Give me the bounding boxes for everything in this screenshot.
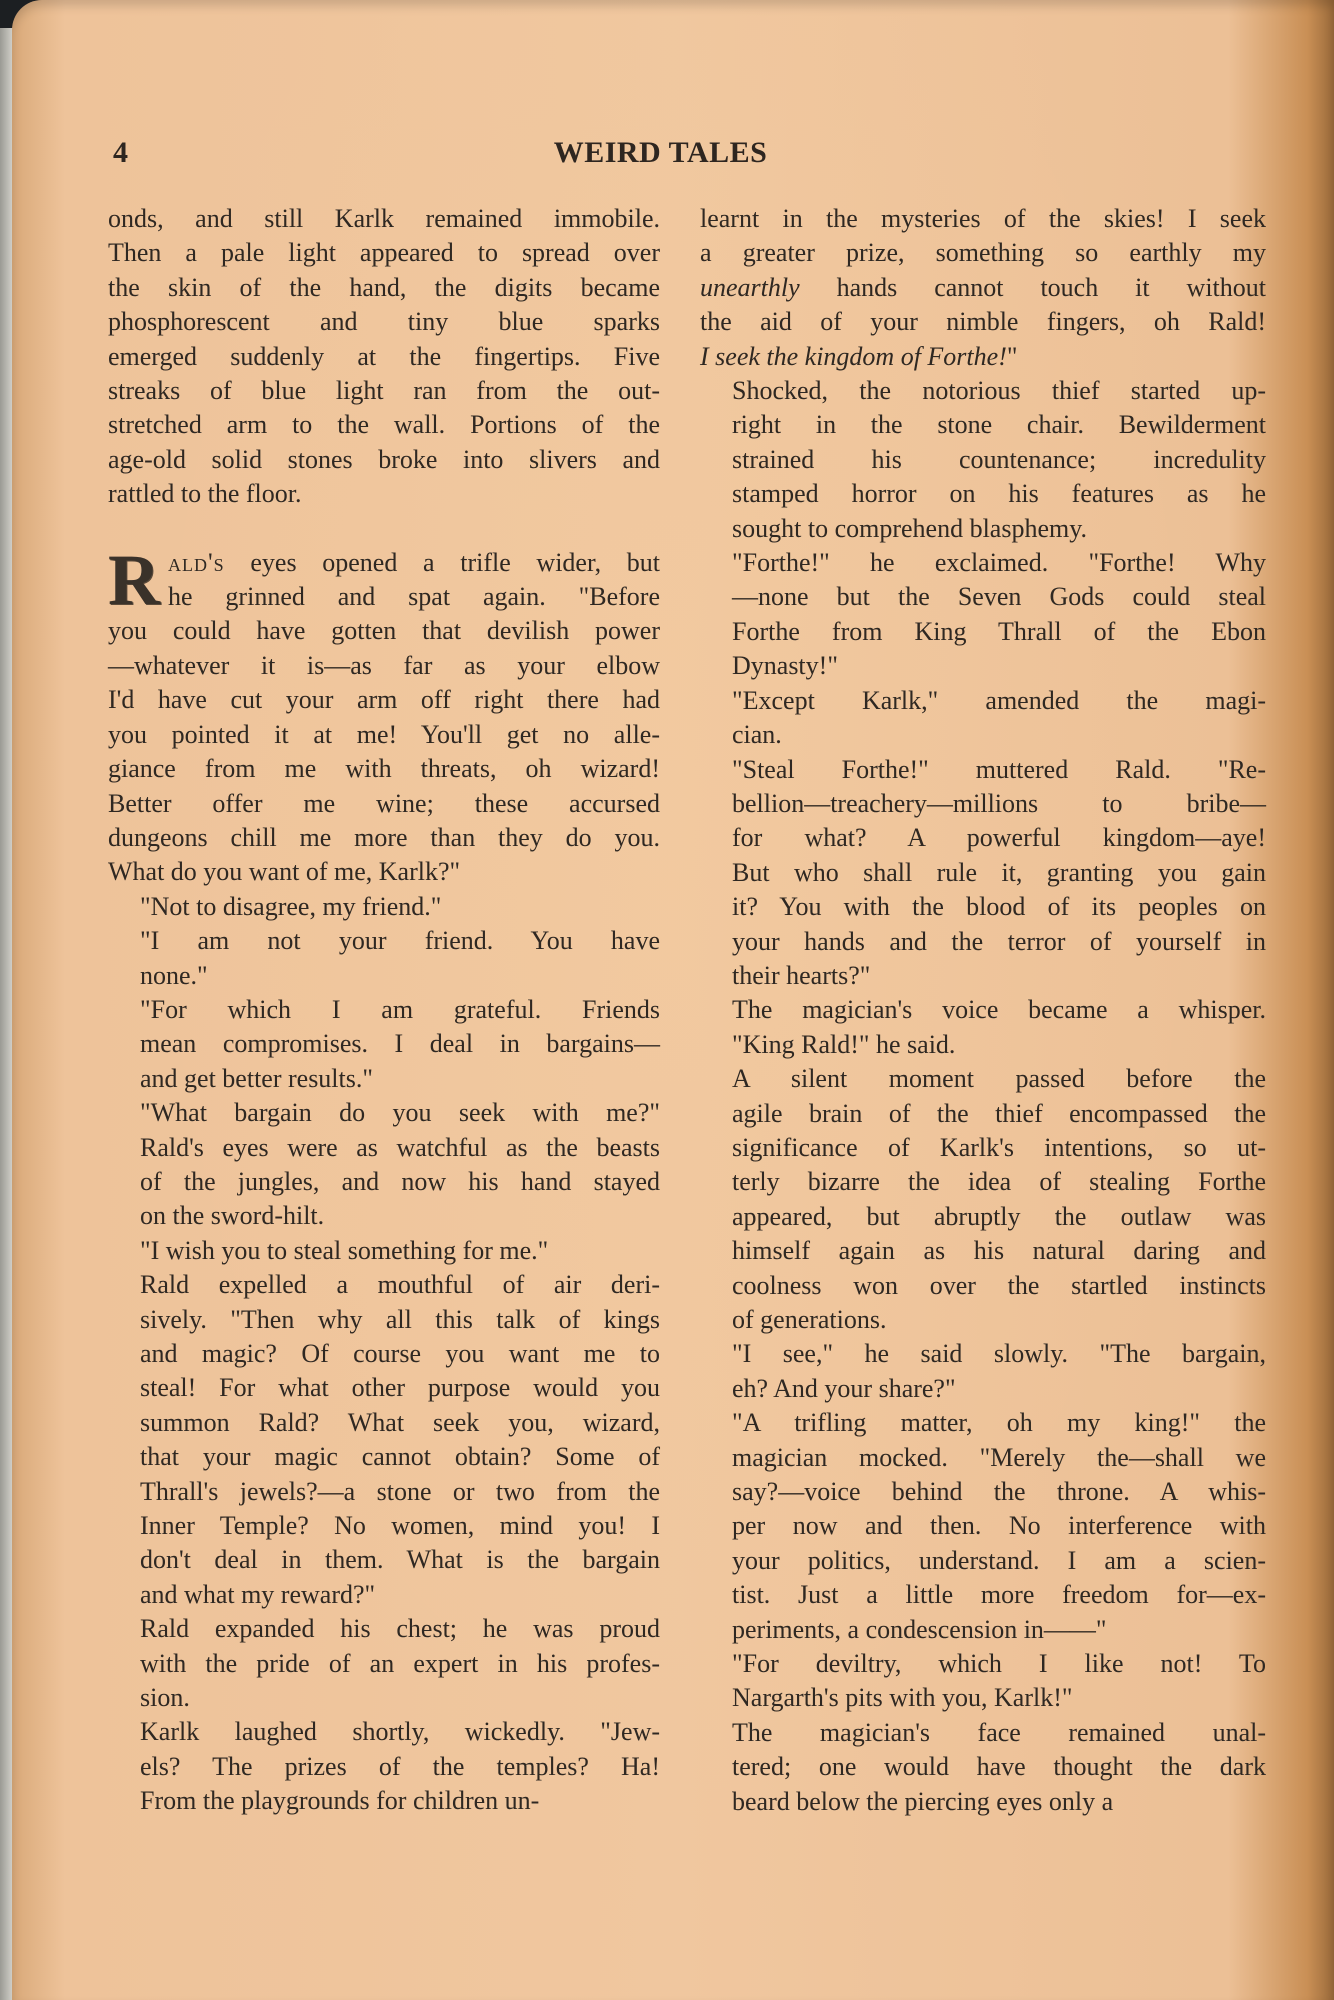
text-line: Better offer me wine; these accursed	[108, 787, 660, 821]
paragraph: "Forthe!" he exclaimed. "Forthe! Why—non…	[700, 546, 1266, 684]
text-line: Rald expanded his chest; he was proud	[108, 1612, 660, 1646]
paragraph: "Not to disagree, my friend."	[108, 890, 660, 924]
text-line: Forthe from King Thrall of the Ebon	[700, 615, 1266, 649]
text-line: learnt in the mysteries of the skies! I …	[700, 202, 1266, 236]
text-line: mean compromises. I deal in bargains—	[108, 1027, 660, 1061]
paragraph: The magician's face remained unal-tered;…	[700, 1716, 1266, 1819]
text-line: he grinned and spat again. "Before	[108, 580, 660, 614]
text-line: Inner Temple? No women, mind you! I	[108, 1509, 660, 1543]
text-line: periments, a condescension in——"	[700, 1613, 1266, 1647]
text-line: none."	[108, 959, 660, 993]
text-line: Rald expelled a mouthful of air deri-	[108, 1268, 660, 1302]
drop-cap: R	[108, 550, 160, 612]
magazine-title: WEIRD TALES	[107, 136, 1254, 170]
text-line: you could have gotten that devilish powe…	[108, 614, 660, 648]
paragraph: Karlk laughed shortly, wickedly. "Jew-el…	[108, 1715, 660, 1818]
text-line: ald's eyes opened a trifle wider, but	[108, 546, 660, 580]
text-line: Dynasty!"	[700, 649, 1266, 683]
text-line: "I am not your friend. You have	[108, 924, 660, 958]
text-line: and magic? Of course you want me to	[108, 1337, 660, 1371]
text-line: But who shall rule it, granting you gain	[700, 856, 1266, 890]
text-line: on the sword-hilt.	[108, 1199, 660, 1233]
text-line: the aid of your nimble fingers, oh Rald!	[700, 305, 1266, 339]
text-line: "Except Karlk," amended the magi-	[700, 684, 1266, 718]
text-line: giance from me with threats, oh wizard!	[108, 752, 660, 786]
text-line: The magician's face remained unal-	[700, 1716, 1266, 1750]
paragraph: "For deviltry, which I like not! ToNarga…	[700, 1647, 1266, 1716]
text-line: stamped horror on his features as he	[700, 477, 1266, 511]
paragraph: A silent moment passed before theagile b…	[700, 1062, 1266, 1337]
text-line: —none but the Seven Gods could steal	[700, 580, 1266, 614]
paragraph: "I am not your friend. You havenone."	[108, 924, 660, 993]
text-line: it? You with the blood of its peoples on	[700, 890, 1266, 924]
left-text-column: onds, and still Karlk remained immobile.…	[108, 202, 660, 1819]
text-line: "Not to disagree, my friend."	[108, 890, 660, 924]
text-line: and what my reward?"	[108, 1578, 660, 1612]
text-line: streaks of blue light ran from the out-	[108, 374, 660, 408]
text-line: stretched arm to the wall. Portions of t…	[108, 408, 660, 442]
text-line: for what? A powerful kingdom—aye!	[700, 821, 1266, 855]
text-line: magician mocked. "Merely the—shall we	[700, 1441, 1266, 1475]
text-line: unearthly hands cannot touch it without	[700, 271, 1266, 305]
text-line: significance of Karlk's intentions, so u…	[700, 1131, 1266, 1165]
running-head: 4 WEIRD TALES	[107, 136, 1254, 176]
text-line: Thrall's jewels?—a stone or two from the	[108, 1475, 660, 1509]
text-line: right in the stone chair. Bewilderment	[700, 408, 1266, 442]
text-line: Then a pale light appeared to spread ove…	[108, 236, 660, 270]
text-line: their hearts?"	[700, 959, 1266, 993]
text-line: Karlk laughed shortly, wickedly. "Jew-	[108, 1715, 660, 1749]
text-line: beard below the piercing eyes only a	[700, 1785, 1266, 1819]
text-line: phosphorescent and tiny blue sparks	[108, 305, 660, 339]
text-line: "I wish you to steal something for me."	[108, 1234, 660, 1268]
text-line: your hands and the terror of yourself in	[700, 925, 1266, 959]
text-line: "For deviltry, which I like not! To	[700, 1647, 1266, 1681]
text-line: Shocked, the notorious thief started up-	[700, 374, 1266, 408]
text-line: bellion—treachery—millions to bribe—	[700, 787, 1266, 821]
text-line: tist. Just a little more freedom for—ex-	[700, 1578, 1266, 1612]
text-line: and get better results."	[108, 1062, 660, 1096]
text-line: "Steal Forthe!" muttered Rald. "Re-	[700, 753, 1266, 787]
text-line: The magician's voice became a whisper.	[700, 993, 1266, 1027]
text-line: coolness won over the startled instincts	[700, 1269, 1266, 1303]
text-line: himself again as his natural daring and	[700, 1234, 1266, 1268]
paragraph: "I see," he said slowly. "The bargain,eh…	[700, 1337, 1266, 1406]
text-line: sought to comprehend blasphemy.	[700, 512, 1266, 546]
text-line: "Forthe!" he exclaimed. "Forthe! Why	[700, 546, 1266, 580]
text-line: cian.	[700, 718, 1266, 752]
text-line: steal! For what other purpose would you	[108, 1371, 660, 1405]
text-line: that your magic cannot obtain? Some of	[108, 1440, 660, 1474]
small-caps-lead: ald's	[168, 548, 225, 577]
paragraph: learnt in the mysteries of the skies! I …	[700, 202, 1266, 374]
paragraph: Rald's eyes opened a trifle wider, buthe…	[108, 546, 660, 890]
text-line: your politics, understand. I am a scien-	[700, 1544, 1266, 1578]
text-line: "I see," he said slowly. "The bargain,	[700, 1337, 1266, 1371]
text-line: per now and then. No interference with	[700, 1509, 1266, 1543]
paragraph: "Except Karlk," amended the magi-cian.	[700, 684, 1266, 753]
text-line: tered; one would have thought the dark	[700, 1750, 1266, 1784]
text-line: the skin of the hand, the digits became	[108, 271, 660, 305]
paragraph: onds, and still Karlk remained immobile.…	[108, 202, 660, 512]
paragraph: The magician's voice became a whisper."K…	[700, 993, 1266, 1062]
text-line: Nargarth's pits with you, Karlk!"	[700, 1681, 1266, 1715]
text-line: age-old solid stones broke into slivers …	[108, 443, 660, 477]
text-line: dungeons chill me more than they do you.	[108, 821, 660, 855]
text-line: "A trifling matter, oh my king!" the	[700, 1406, 1266, 1440]
text-line: "King Rald!" he said.	[700, 1028, 1266, 1062]
text-line: els? The prizes of the temples? Ha!	[108, 1750, 660, 1784]
text-line: say?—voice behind the throne. A whis-	[700, 1475, 1266, 1509]
paragraph: "A trifling matter, oh my king!" themagi…	[700, 1406, 1266, 1647]
text-line: I'd have cut your arm off right there ha…	[108, 683, 660, 717]
paragraph: "For which I am grateful. Friendsmean co…	[108, 993, 660, 1096]
text-line: A silent moment passed before the	[700, 1062, 1266, 1096]
paragraph: "I wish you to steal something for me."	[108, 1234, 660, 1268]
text-line: What do you want of me, Karlk?"	[108, 855, 660, 889]
text-line: "For which I am grateful. Friends	[108, 993, 660, 1027]
text-line: From the playgrounds for children un-	[108, 1784, 660, 1818]
text-line: agile brain of the thief encompassed the	[700, 1097, 1266, 1131]
magazine-page: 4 WEIRD TALES onds, and still Karlk rema…	[12, 0, 1334, 2000]
text-line: a greater prize, something so earthly my	[700, 236, 1266, 270]
text-line: I seek the kingdom of Forthe!"	[700, 340, 1266, 374]
text-line: "What bargain do you seek with me?"	[108, 1096, 660, 1130]
text-line: appeared, but abruptly the outlaw was	[700, 1200, 1266, 1234]
text-line: sively. "Then why all this talk of kings	[108, 1303, 660, 1337]
text-line: sion.	[108, 1681, 660, 1715]
text-line: onds, and still Karlk remained immobile.	[108, 202, 660, 236]
text-line: summon Rald? What seek you, wizard,	[108, 1406, 660, 1440]
right-text-column: learnt in the mysteries of the skies! I …	[700, 202, 1266, 1819]
text-line: of the jungles, and now his hand stayed	[108, 1165, 660, 1199]
paragraph: "Steal Forthe!" muttered Rald. "Re-belli…	[700, 753, 1266, 994]
text-line: emerged suddenly at the fingertips. Five	[108, 340, 660, 374]
text-line: rattled to the floor.	[108, 477, 660, 511]
text-line: you pointed it at me! You'll get no alle…	[108, 718, 660, 752]
text-line: don't deal in them. What is the bargain	[108, 1543, 660, 1577]
text-line: strained his countenance; incredulity	[700, 443, 1266, 477]
text-line: of generations.	[700, 1303, 1266, 1337]
text-line: Rald's eyes were as watchful as the beas…	[108, 1131, 660, 1165]
text-line: —whatever it is—as far as your elbow	[108, 649, 660, 683]
text-line: terly bizarre the idea of stealing Forth…	[700, 1165, 1266, 1199]
paragraph: Shocked, the notorious thief started up-…	[700, 374, 1266, 546]
text-line: with the pride of an expert in his profe…	[108, 1647, 660, 1681]
paragraph: "What bargain do you seek with me?"Rald'…	[108, 1096, 660, 1234]
paragraph: Rald expelled a mouthful of air deri-siv…	[108, 1268, 660, 1612]
paragraph: Rald expanded his chest; he was proudwit…	[108, 1612, 660, 1715]
text-line: eh? And your share?"	[700, 1372, 1266, 1406]
